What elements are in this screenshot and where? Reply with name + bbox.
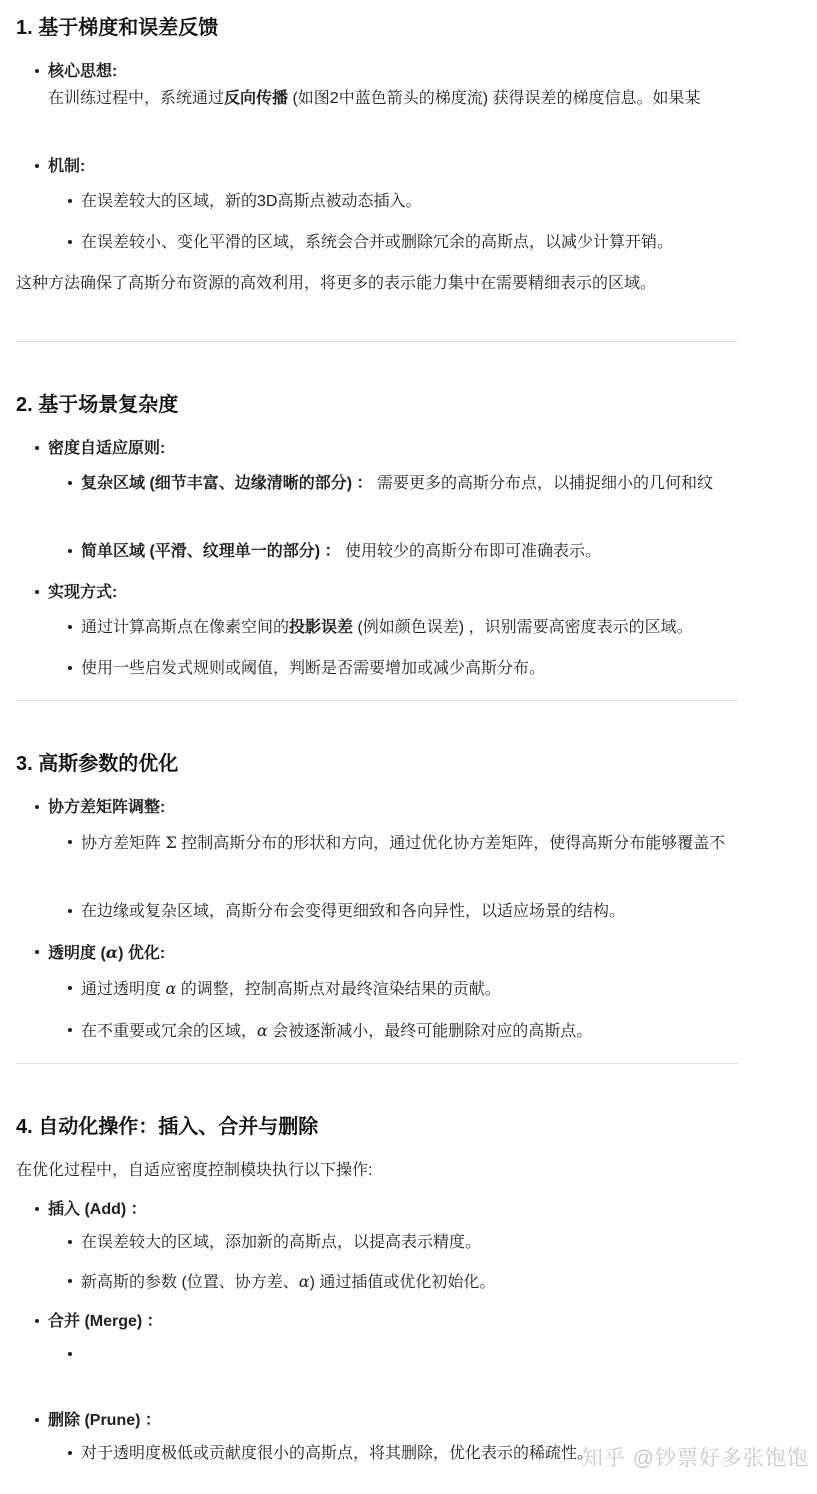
sub-list-item: 在边缘或复杂区域，高斯分布会变得更细致和各向异性，以适应场景的结构。: [81, 898, 738, 925]
list-item-label: 协方差矩阵调整:: [48, 794, 738, 821]
sub-list-item: 在误差较大的区域，新的3D高斯点被动态插入。: [81, 188, 738, 215]
bullet-list: 协方差矩阵调整: 协方差矩阵 Σ 控制高斯分布的形状和方向，通过优化协方差矩阵，…: [16, 794, 738, 1045]
section-divider: [16, 1063, 738, 1064]
sub-list-item: 新高斯的参数 (位置、协方差、α) 通过插值或优化初始化。: [81, 1268, 738, 1296]
list-item: 透明度 (α) 优化: 通过透明度 α 的调整，控制高斯点对最终渲染结果的贡献。…: [48, 939, 738, 1045]
sub-item-text: 在误差较小、变化平滑的区域，系统会合并或删除冗余的高斯点，以减少计算开销。: [81, 229, 738, 256]
article-content: 1. 基于梯度和误差反馈 核心思想: 在训练过程中，系统通过反向传播 (如图2中…: [0, 0, 738, 1467]
list-item-label: 密度自适应原则:: [48, 435, 738, 462]
sub-bullet-list: 在误差较大的区域，添加新的高斯点，以提高表示精度。 新高斯的参数 (位置、协方差…: [48, 1229, 738, 1296]
sub-item-text: 新高斯的参数 (位置、协方差、α) 通过插值或优化初始化。: [81, 1268, 738, 1296]
list-item-label: 机制:: [48, 153, 738, 180]
sub-item-text: 在边缘或复杂区域，高斯分布会变得更细致和各向异性，以适应场景的结构。: [81, 898, 738, 925]
section-4-heading: 4. 自动化操作：插入、合并与删除: [16, 1113, 738, 1141]
section-1-heading: 1. 基于梯度和误差反馈: [16, 14, 738, 42]
sub-item-text: 复杂区域 (细节丰富、边缘清晰的部分) ： 需要更多的高斯分布点，以捕捉细小的几…: [81, 470, 738, 524]
list-item: 密度自适应原则: 复杂区域 (细节丰富、边缘清晰的部分) ： 需要更多的高斯分布…: [48, 435, 738, 565]
sub-item-text: 在不重要或冗余的区域，α 会被逐渐减小，最终可能删除对应的高斯点。: [81, 1017, 738, 1045]
list-item: 机制: 在误差较大的区域，新的3D高斯点被动态插入。 在误差较小、变化平滑的区域…: [48, 153, 738, 256]
sub-list-item: 通过计算高斯点在像素空间的投影误差 (例如颜色误差) ，识别需要高密度表示的区域…: [81, 614, 738, 641]
sub-list-item: 使用一些启发式规则或阈值，判断是否需要增加或减少高斯分布。: [81, 655, 738, 682]
list-item: 合并 (Merge) ：: [48, 1308, 738, 1395]
bullet-list: 密度自适应原则: 复杂区域 (细节丰富、边缘清晰的部分) ： 需要更多的高斯分布…: [16, 435, 738, 682]
section-4: 4. 自动化操作：插入、合并与删除 在优化过程中，自适应密度控制模块执行以下操作…: [16, 1113, 738, 1467]
section-divider: [16, 700, 738, 701]
sub-bullet-list: 协方差矩阵 Σ 控制高斯分布的形状和方向，通过优化协方差矩阵，使得高斯分布能够覆…: [48, 829, 738, 925]
sub-item-text: 在误差较大的区域，新的3D高斯点被动态插入。: [81, 188, 738, 215]
list-item-label: 合并 (Merge) ：: [48, 1308, 738, 1335]
sub-bullet-list: 在误差较大的区域，新的3D高斯点被动态插入。 在误差较小、变化平滑的区域，系统会…: [48, 188, 738, 256]
sub-list-item: 简单区域 (平滑、纹理单一的部分) ： 使用较少的高斯分布即可准确表示。: [81, 538, 738, 565]
sub-item-text: 协方差矩阵 Σ 控制高斯分布的形状和方向，通过优化协方差矩阵，使得高斯分布能够覆…: [81, 829, 738, 884]
sub-item-text: 在误差较大的区域，添加新的高斯点，以提高表示精度。: [81, 1229, 738, 1256]
list-item: 核心思想: 在训练过程中，系统通过反向传播 (如图2中蓝色箭头的梯度流) 获得误…: [48, 58, 738, 139]
sub-item-text: 通过透明度 α 的调整，控制高斯点对最终渲染结果的贡献。: [81, 975, 738, 1003]
sub-bullet-list: 通过透明度 α 的调整，控制高斯点对最终渲染结果的贡献。 在不重要或冗余的区域，…: [48, 975, 738, 1045]
sub-list-item: 协方差矩阵 Σ 控制高斯分布的形状和方向，通过优化协方差矩阵，使得高斯分布能够覆…: [81, 829, 738, 884]
sub-item-text: [81, 1341, 738, 1395]
list-item: 插入 (Add) ： 在误差较大的区域，添加新的高斯点，以提高表示精度。 新高斯…: [48, 1196, 738, 1296]
sub-list-item: 在不重要或冗余的区域，α 会被逐渐减小，最终可能删除对应的高斯点。: [81, 1017, 738, 1045]
list-item-label: 删除 (Prune) ：: [48, 1407, 738, 1434]
section-2-heading: 2. 基于场景复杂度: [16, 391, 738, 419]
section-2: 2. 基于场景复杂度 密度自适应原则: 复杂区域 (细节丰富、边缘清晰的部分) …: [16, 391, 738, 682]
sub-list-item: 复杂区域 (细节丰富、边缘清晰的部分) ： 需要更多的高斯分布点，以捕捉细小的几…: [81, 470, 738, 524]
bullet-list: 核心思想: 在训练过程中，系统通过反向传播 (如图2中蓝色箭头的梯度流) 获得误…: [16, 58, 738, 256]
sub-bullet-list: [48, 1341, 738, 1395]
sub-item-text: 使用一些启发式规则或阈值，判断是否需要增加或减少高斯分布。: [81, 655, 738, 682]
bullet-list: 插入 (Add) ： 在误差较大的区域，添加新的高斯点，以提高表示精度。 新高斯…: [16, 1196, 738, 1467]
list-item-label: 核心思想:: [48, 58, 738, 85]
sub-bullet-list: 通过计算高斯点在像素空间的投影误差 (例如颜色误差) ，识别需要高密度表示的区域…: [48, 614, 738, 682]
list-item-label: 透明度 (α) 优化:: [48, 939, 738, 967]
list-item-label: 实现方式:: [48, 579, 738, 606]
sub-bullet-list: 复杂区域 (细节丰富、边缘清晰的部分) ： 需要更多的高斯分布点，以捕捉细小的几…: [48, 470, 738, 565]
section-3-heading: 3. 高斯参数的优化: [16, 750, 738, 778]
sub-list-item: 在误差较小、变化平滑的区域，系统会合并或删除冗余的高斯点，以减少计算开销。: [81, 229, 738, 256]
section-3: 3. 高斯参数的优化 协方差矩阵调整: 协方差矩阵 Σ 控制高斯分布的形状和方向…: [16, 750, 738, 1045]
sub-item-text: 通过计算高斯点在像素空间的投影误差 (例如颜色误差) ，识别需要高密度表示的区域…: [81, 614, 738, 641]
watermark-text: 知乎 @钞票好多张饱饱: [582, 1442, 809, 1472]
intro-paragraph: 在优化过程中，自适应密度控制模块执行以下操作:: [16, 1157, 738, 1184]
list-item: 协方差矩阵调整: 协方差矩阵 Σ 控制高斯分布的形状和方向，通过优化协方差矩阵，…: [48, 794, 738, 925]
sub-list-item: [81, 1341, 738, 1395]
sub-list-item: 通过透明度 α 的调整，控制高斯点对最终渲染结果的贡献。: [81, 975, 738, 1003]
list-item-label: 插入 (Add) ：: [48, 1196, 738, 1223]
sub-list-item: 在误差较大的区域，添加新的高斯点，以提高表示精度。: [81, 1229, 738, 1256]
list-item-body: 在训练过程中，系统通过反向传播 (如图2中蓝色箭头的梯度流) 获得误差的梯度信息…: [48, 85, 738, 139]
section-divider: [16, 341, 738, 342]
sub-item-text: 简单区域 (平滑、纹理单一的部分) ： 使用较少的高斯分布即可准确表示。: [81, 538, 738, 565]
closing-paragraph: 这种方法确保了高斯分布资源的高效利用，将更多的表示能力集中在需要精细表示的区域。: [16, 270, 738, 297]
list-item: 实现方式: 通过计算高斯点在像素空间的投影误差 (例如颜色误差) ，识别需要高密…: [48, 579, 738, 682]
section-1: 1. 基于梯度和误差反馈 核心思想: 在训练过程中，系统通过反向传播 (如图2中…: [16, 14, 738, 297]
